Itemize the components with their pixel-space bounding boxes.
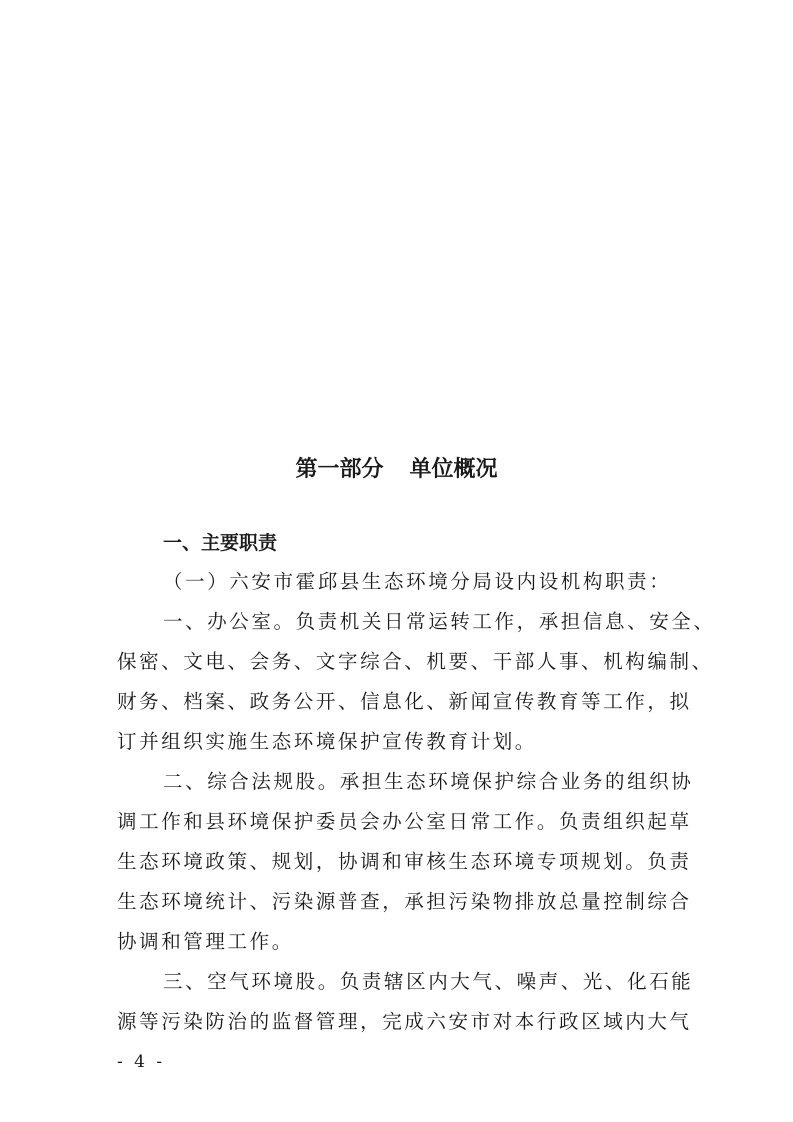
paragraph-line: 三、空气环境股。负责辖区内大气、噪声、光、化石能 [163, 969, 723, 995]
part-name: 单位概况 [410, 457, 498, 482]
paragraph-line: 保密、文电、会务、文字综合、机要、干部人事、机构编制、 [117, 649, 677, 675]
paragraph-line: 订并组织实施生态环境保护宣传教育计划。 [117, 729, 677, 755]
page-number: - 4 - [117, 1052, 165, 1072]
paragraph-line: 财务、档案、政务公开、信息化、新闻宣传教育等工作，拟 [117, 689, 677, 715]
page-title: 第一部分单位概况 [0, 452, 793, 483]
paragraph-line: 协调和管理工作。 [117, 929, 677, 955]
section-heading: 一、主要职责 [163, 528, 277, 555]
paragraph-line: （一）六安市霍邱县生态环境分局设内设机构职责： [163, 569, 723, 595]
paragraph-line: 一、办公室。负责机关日常运转工作，承担信息、安全、 [163, 609, 723, 635]
paragraph-line: 生态环境政策、规划，协调和审核生态环境专项规划。负责 [117, 849, 677, 875]
paragraph-line: 源等污染防治的监督管理，完成六安市对本行政区域内大气 [117, 1009, 677, 1035]
part-label: 第一部分 [295, 457, 383, 482]
paragraph-line: 调工作和县环境保护委员会办公室日常工作。负责组织起草 [117, 809, 677, 835]
paragraph-line: 二、综合法规股。承担生态环境保护综合业务的组织协 [163, 769, 723, 795]
paragraph-line: 生态环境统计、污染源普查，承担污染物排放总量控制综合 [117, 889, 677, 915]
